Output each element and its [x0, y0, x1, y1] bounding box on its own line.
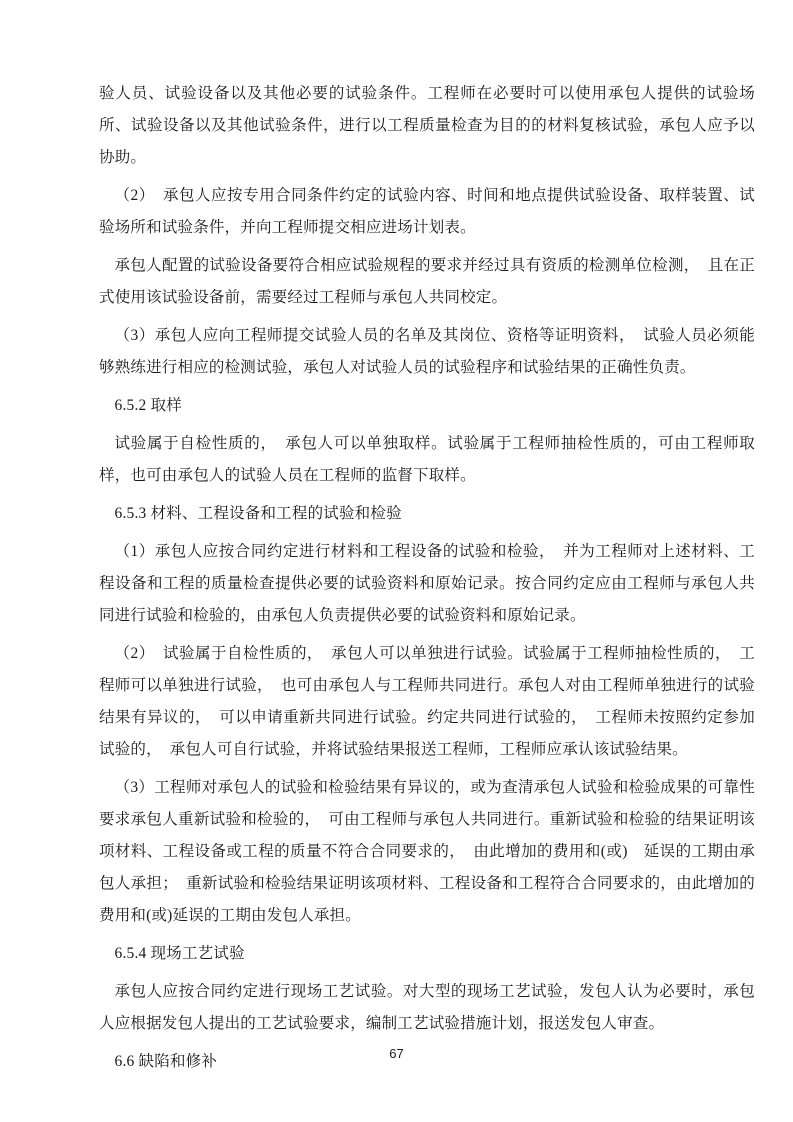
paragraph: （2） 承包人应按专用合同条件约定的试验内容、时间和地点提供试验设备、取样装置、…: [99, 180, 755, 244]
document-page: 验人员、试验设备以及其他必要的试验条件。工程师在必要时可以使用承包人提供的试验场…: [0, 0, 793, 1122]
section-heading: 6.5.4 现场工艺试验: [99, 938, 755, 970]
page-number: 67: [0, 1046, 793, 1062]
paragraph: 试验属于自检性质的， 承包人可以单独取样。试验属于工程师抽检性质的，可由工程师取…: [99, 428, 755, 492]
paragraph: （3）工程师对承包人的试验和检验结果有异议的，或为查清承包人试验和检验成果的可靠…: [99, 772, 755, 932]
paragraph: （1）承包人应按合同约定进行材料和工程设备的试验和检验， 并为工程师对上述材料、…: [99, 536, 755, 632]
document-body: 验人员、试验设备以及其他必要的试验条件。工程师在必要时可以使用承包人提供的试验场…: [99, 78, 755, 1078]
section-heading: 6.5.3 材料、工程设备和工程的试验和检验: [99, 498, 755, 530]
paragraph: （3）承包人应向工程师提交试验人员的名单及其岗位、资格等证明资料， 试验人员必须…: [99, 320, 755, 384]
paragraph: 承包人应按合同约定进行现场工艺试验。对大型的现场工艺试验，发包人认为必要时，承包…: [99, 976, 755, 1040]
paragraph: （2） 试验属于自检性质的， 承包人可以单独进行试验。试验属于工程师抽检性质的，…: [99, 638, 755, 766]
section-heading: 6.5.2 取样: [99, 390, 755, 422]
paragraph: 验人员、试验设备以及其他必要的试验条件。工程师在必要时可以使用承包人提供的试验场…: [99, 78, 755, 174]
paragraph: 承包人配置的试验设备要符合相应试验规程的要求并经过具有资质的检测单位检测， 且在…: [99, 250, 755, 314]
